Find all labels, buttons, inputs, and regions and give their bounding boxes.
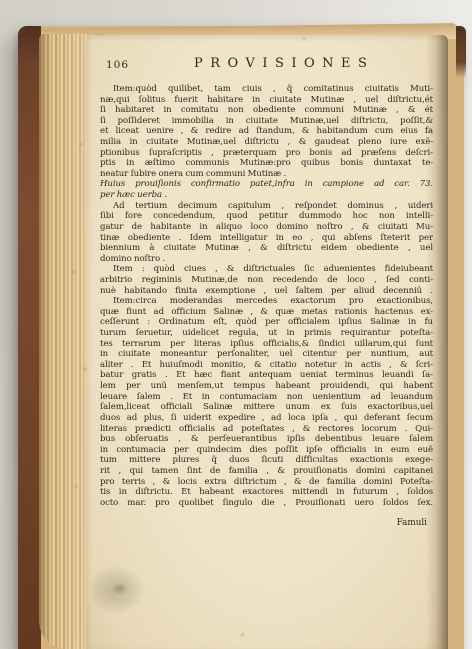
text-line: Item:circa moderandas mercedes exactorum… — [100, 296, 433, 307]
text-line: bus obſeruatis , & perſeuerantibus ipſis… — [100, 434, 433, 445]
foxing-spot — [70, 269, 77, 275]
foxing-spot — [300, 36, 308, 42]
text-line: lem per unũ menſem,ut tempus habeant pro… — [100, 381, 433, 392]
page-header: 106 PROVISIONES — [100, 56, 433, 82]
text-line: domino noſtro . — [100, 254, 433, 265]
text-line: Huius prouiſionis confirmatio patet,infr… — [100, 179, 433, 190]
text-line: gatur de habitante in aliquo loco domino… — [100, 222, 433, 233]
text-line: aliter . Et huiuſmodi monitio, & citatio… — [100, 360, 433, 371]
text-line: ſalem,liceat officiali Salinæ mittere un… — [100, 402, 433, 413]
text-line: ptionibus ſupraſcriptis , præterquam pro… — [100, 148, 433, 159]
book-cover-edge — [18, 26, 41, 649]
foxing-spot — [82, 366, 88, 372]
text-line: batur gratis . Et hæc fiant antequam uen… — [100, 370, 433, 381]
text-line: leuare ſalem . Et in contumaciam non uen… — [100, 392, 433, 403]
body-text: Item:quòd quilibet, tam ciuis , q̃ comit… — [100, 84, 433, 508]
text-line: in contumacia per quindecim dies poſſit … — [100, 445, 433, 456]
foxing-spot — [73, 484, 79, 489]
text-line: ptis in æſtimo communis Mutinæ:pro quibu… — [100, 158, 433, 169]
text-line: ceſſerunt : Ordinatum eſt, quòd per offi… — [100, 317, 433, 328]
text-line: ſibi fore concedendum, quod petitur dumm… — [100, 211, 433, 222]
text-line: nuè habitando finita exemptione , uel ſa… — [100, 286, 433, 297]
text-line: ſi poſſideret immobilia in ciuitate Muti… — [100, 116, 433, 127]
text-line: næ,qui ſolitus fuerit habitare in ciuita… — [100, 95, 433, 106]
folio-number: 106 — [106, 59, 129, 71]
page-stain-core — [112, 582, 128, 595]
catchword: Famuli — [100, 518, 427, 529]
text-line: turum ſeruetur, uidelicet regula, ut in … — [100, 328, 433, 339]
spine-corner — [456, 26, 466, 78]
text-line: octo mar. pro quolibet ſingulo die , Pro… — [100, 498, 433, 509]
text-line: duos ad plus, ſi uiderit expedire , ad l… — [100, 413, 433, 424]
text-line: biennium à ciuitate Mutinæ , & diſtrictu… — [100, 243, 433, 254]
text-line: Ad tertium decimum capitulum , reſpondet… — [100, 201, 433, 212]
text-line: per hæc uerba . — [100, 190, 433, 201]
foxing-spot — [240, 632, 245, 637]
text-line: quæ fiunt ad officium Salinæ , & quæ met… — [100, 307, 433, 318]
running-title: PROVISIONES — [194, 56, 374, 71]
text-line: arbitrio regiminis Mutinæ,de non receden… — [100, 275, 433, 286]
text-line: tis in diſtrictu. Et habeant exactores m… — [100, 487, 433, 498]
printed-text-block: 106 PROVISIONES Item:quòd quilibet, tam … — [100, 56, 433, 82]
text-line: Item : quòd ciues , & diſtrictuales ſic … — [100, 264, 433, 275]
text-line: rit , qui tamen ſint de familia , & prou… — [100, 466, 433, 477]
text-line: Item:quòd quilibet, tam ciuis , q̃ comit… — [100, 84, 433, 95]
text-line: pro terris , & locis extra diſtrictum , … — [100, 477, 433, 488]
text-line: neatur ſubire onera cum communi Mutinæ . — [100, 169, 433, 180]
text-line: in ciuitate moneantur perſonaliter, uel … — [100, 349, 433, 360]
text-line: et liceat uenire , & redire ad ſtandum, … — [100, 126, 433, 137]
text-line: ſi habitaret in comitatu non obediente c… — [100, 105, 433, 116]
text-line: tum mittere plures q̃ duos ſicuti diffic… — [100, 455, 433, 466]
text-line: milia in ciuitate Mutinæ,uel diſtrictu ,… — [100, 137, 433, 148]
foxing-spot — [78, 142, 84, 147]
text-line: tinæ obediente . Idem intelligatur in eo… — [100, 233, 433, 244]
text-line: tes terrarum per literas ipſius official… — [100, 339, 433, 350]
text-line: literas prædicti officialis ad poteſtate… — [100, 424, 433, 435]
